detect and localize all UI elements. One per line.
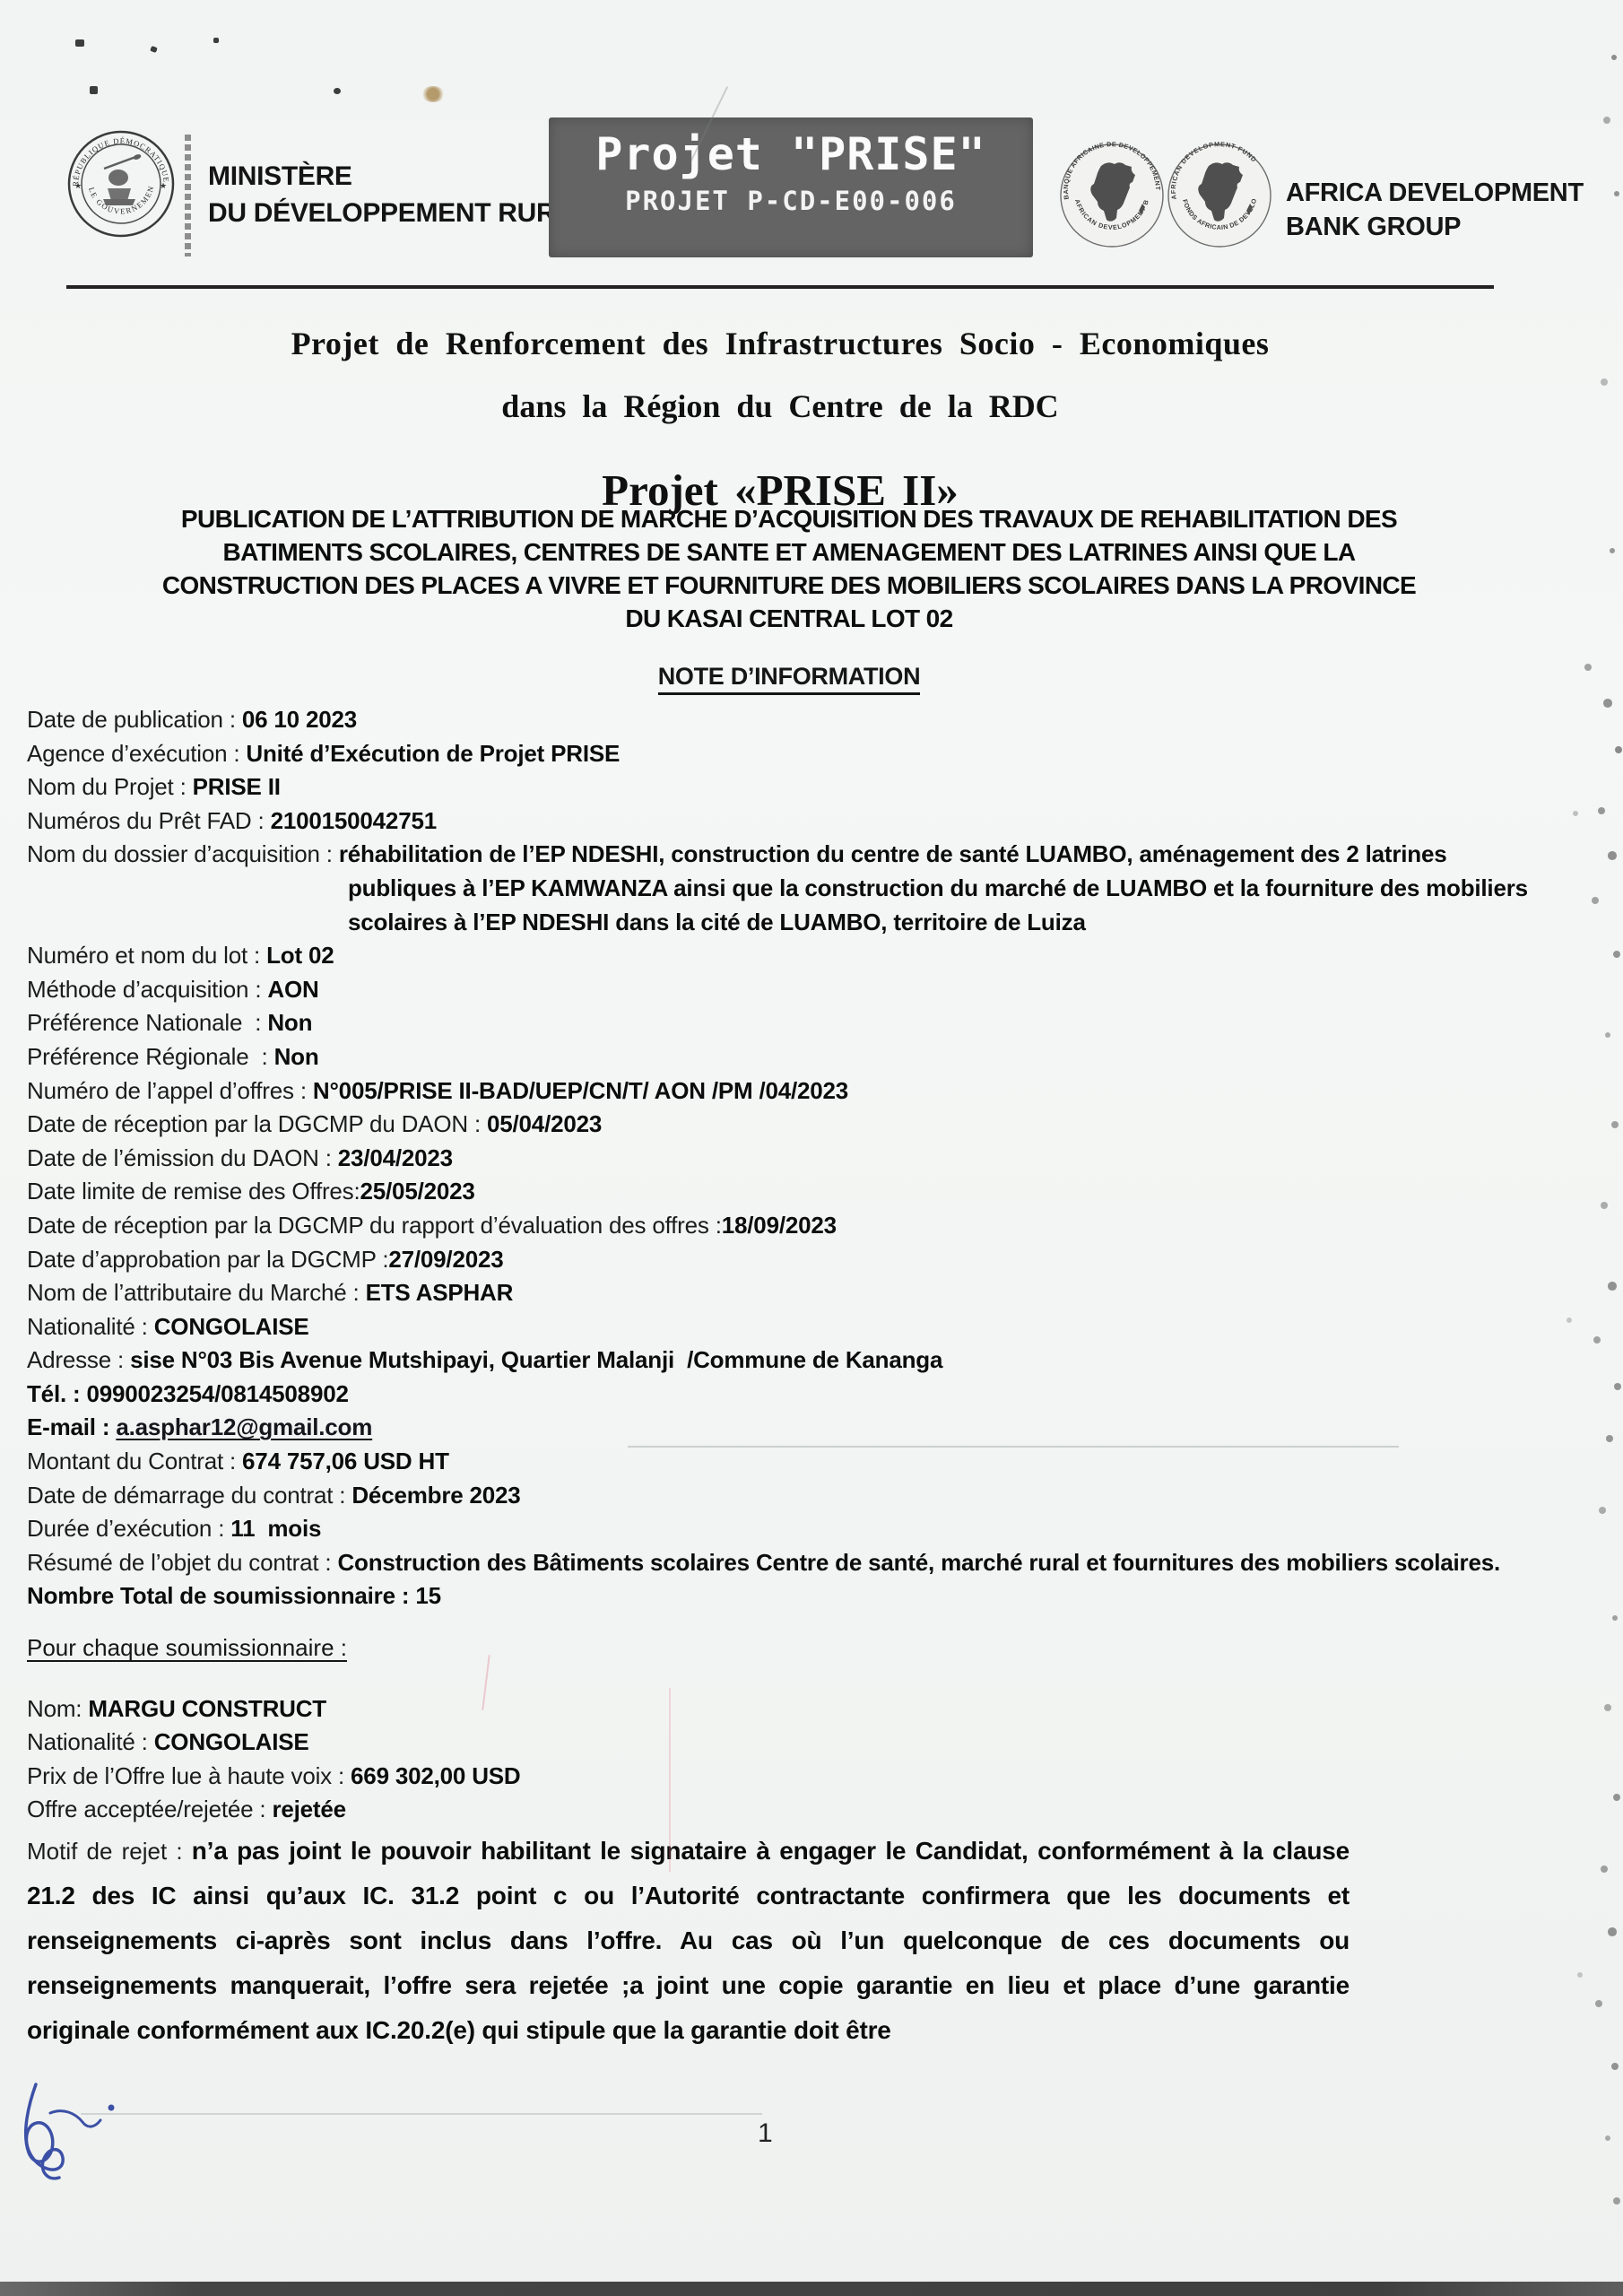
info-row-regional-preference: Préférence Régionale : Non bbox=[27, 1040, 1557, 1074]
scanned-document-page: RÉPUBLIQUE DÉMOCRATIQUE DU CONGO LE GOUV… bbox=[0, 0, 1623, 2296]
title-line1: Projet de Renforcement des Infrastructur… bbox=[36, 325, 1524, 362]
info-block: Date de publication : 06 10 2023 Agence … bbox=[27, 703, 1557, 2053]
note-heading: NOTE D’INFORMATION bbox=[658, 663, 921, 695]
staple-mark bbox=[75, 39, 84, 47]
info-row-duration: Durée d’exécution : 11 mois bbox=[27, 1512, 1557, 1546]
header-rule bbox=[66, 285, 1494, 289]
info-row-awardee: Nom de l’attributaire du Marché : ETS AS… bbox=[27, 1276, 1557, 1310]
scan-line-artifact bbox=[628, 1446, 1399, 1448]
info-row-email: E-mail : a.asphar12@gmail.com bbox=[27, 1411, 1557, 1445]
afdb-fund-logo: AFRICAN DEVELOPMENT FUND FONDS AFRICAIN … bbox=[1166, 142, 1273, 249]
afdb-bank-logo: BANQUE AFRICAINE DE DEVELOPPEMENT AFRICA… bbox=[1058, 142, 1166, 249]
info-row-daon-emission: Date de l’émission du DAON : 23/04/2023 bbox=[27, 1142, 1557, 1176]
staple-mark bbox=[334, 88, 341, 94]
publication-heading: PUBLICATION DE L’ATTRIBUTION DE MARCHE D… bbox=[49, 502, 1529, 635]
info-row-summary: Résumé de l’objet du contrat : Construct… bbox=[27, 1546, 1557, 1580]
info-row-nationality: Nationalité : CONGOLAISE bbox=[27, 1310, 1557, 1344]
ministry-line2: DU DÉVELOPPEMENT RURAL bbox=[208, 195, 591, 231]
svg-text:★: ★ bbox=[74, 181, 82, 190]
handwritten-signature bbox=[11, 2077, 145, 2221]
bidder-row-name: Nom: MARGU CONSTRUCT bbox=[27, 1692, 1557, 1726]
header-divider bbox=[185, 135, 191, 257]
bank-group-line1: AFRICA DEVELOPMENT bbox=[1286, 176, 1584, 210]
scanner-edge-band bbox=[0, 2282, 1623, 2296]
info-row-daon-reception: Date de réception par la DGCMP du DAON :… bbox=[27, 1108, 1557, 1142]
pink-ink-mark bbox=[669, 1688, 671, 1872]
publication-heading-line: CONSTRUCTION DES PLACES A VIVRE ET FOURN… bbox=[49, 569, 1529, 602]
ministry-name: MINISTÈRE DU DÉVELOPPEMENT RURAL bbox=[208, 158, 591, 231]
info-row-phone: Tél. : 0990023254/0814508902 bbox=[27, 1378, 1557, 1412]
prise-logo-title: Projet "PRISE" bbox=[549, 128, 1033, 180]
prise-project-logo: Projet "PRISE" PROJET P-CD-E00-006 bbox=[549, 117, 1033, 257]
prise-logo-code: PROJET P-CD-E00-006 bbox=[549, 186, 1033, 216]
document-title: Projet de Renforcement des Infrastructur… bbox=[36, 325, 1524, 516]
publication-heading-line: DU KASAI CENTRAL LOT 02 bbox=[49, 602, 1529, 635]
info-row-contract-amount: Montant du Contrat : 674 757,06 USD HT bbox=[27, 1445, 1557, 1479]
info-row-method: Méthode d’acquisition : AON bbox=[27, 973, 1557, 1007]
bidder-row-price: Prix de l’Offre lue à haute voix : 669 3… bbox=[27, 1760, 1557, 1794]
bidder-block: Nom: MARGU CONSTRUCT Nationalité : CONGO… bbox=[27, 1692, 1557, 1827]
drc-government-seal: RÉPUBLIQUE DÉMOCRATIQUE DU CONGO LE GOUV… bbox=[66, 129, 176, 239]
bank-group-line2: BANK GROUP bbox=[1286, 210, 1584, 244]
publication-heading-line: PUBLICATION DE L’ATTRIBUTION DE MARCHE D… bbox=[49, 502, 1529, 535]
info-row-start-date: Date de démarrage du contrat : Décembre … bbox=[27, 1479, 1557, 1513]
info-row-national-preference: Préférence Nationale : Non bbox=[27, 1006, 1557, 1040]
paper-stain bbox=[421, 86, 445, 102]
info-row-project-name: Nom du Projet : PRISE II bbox=[27, 770, 1557, 804]
per-bidder-heading: Pour chaque soumissionnaire : bbox=[27, 1631, 1557, 1665]
page-number: 1 bbox=[758, 2118, 773, 2149]
info-row-evaluation-report: Date de réception par la DGCMP du rappor… bbox=[27, 1209, 1557, 1243]
staple-mark bbox=[213, 38, 219, 43]
info-row-loan-number: Numéros du Prêt FAD : 2100150042751 bbox=[27, 804, 1557, 839]
seal-emblem bbox=[103, 153, 142, 205]
info-row-publication-date: Date de publication : 06 10 2023 bbox=[27, 703, 1557, 737]
rejection-reason: Motif de rejet : n’a pas joint le pouvoi… bbox=[27, 1829, 1350, 2053]
email-link[interactable]: a.asphar12@gmail.com bbox=[116, 1413, 372, 1440]
info-row-address: Adresse : sise N°03 Bis Avenue Mutshipay… bbox=[27, 1344, 1557, 1378]
svg-text:★: ★ bbox=[160, 181, 167, 190]
title-line2: dans la Région du Centre de la RDC bbox=[36, 387, 1524, 425]
bidder-row-nationality: Nationalité : CONGOLAISE bbox=[27, 1726, 1557, 1760]
staple-mark bbox=[150, 46, 158, 53]
info-row-tender-number: Numéro de l’appel d’offres : N°005/PRISE… bbox=[27, 1074, 1557, 1109]
info-row-agency: Agence d’exécution : Unité d’Exécution d… bbox=[27, 737, 1557, 771]
info-row-dossier: Nom du dossier d’acquisition : réhabilit… bbox=[27, 838, 1557, 939]
info-row-approval-date: Date d’approbation par la DGCMP :27/09/2… bbox=[27, 1243, 1557, 1277]
scan-edge-noise bbox=[0, 0, 4, 4]
staple-mark bbox=[90, 86, 98, 94]
bidder-row-accepted: Offre acceptée/rejetée : rejetée bbox=[27, 1793, 1557, 1827]
info-row-deadline: Date limite de remise des Offres:25/05/2… bbox=[27, 1175, 1557, 1209]
note-heading-wrap: NOTE D’INFORMATION bbox=[0, 663, 1578, 695]
bank-group-name: AFRICA DEVELOPMENT BANK GROUP bbox=[1286, 176, 1584, 244]
publication-heading-line: BATIMENTS SCOLAIRES, CENTRES DE SANTE ET… bbox=[49, 535, 1529, 569]
ministry-line1: MINISTÈRE bbox=[208, 158, 591, 195]
info-row-bidder-count: Nombre Total de soumissionnaire : 15 bbox=[27, 1579, 1557, 1613]
info-row-lot: Numéro et nom du lot : Lot 02 bbox=[27, 939, 1557, 973]
paper-crease bbox=[81, 2113, 762, 2115]
